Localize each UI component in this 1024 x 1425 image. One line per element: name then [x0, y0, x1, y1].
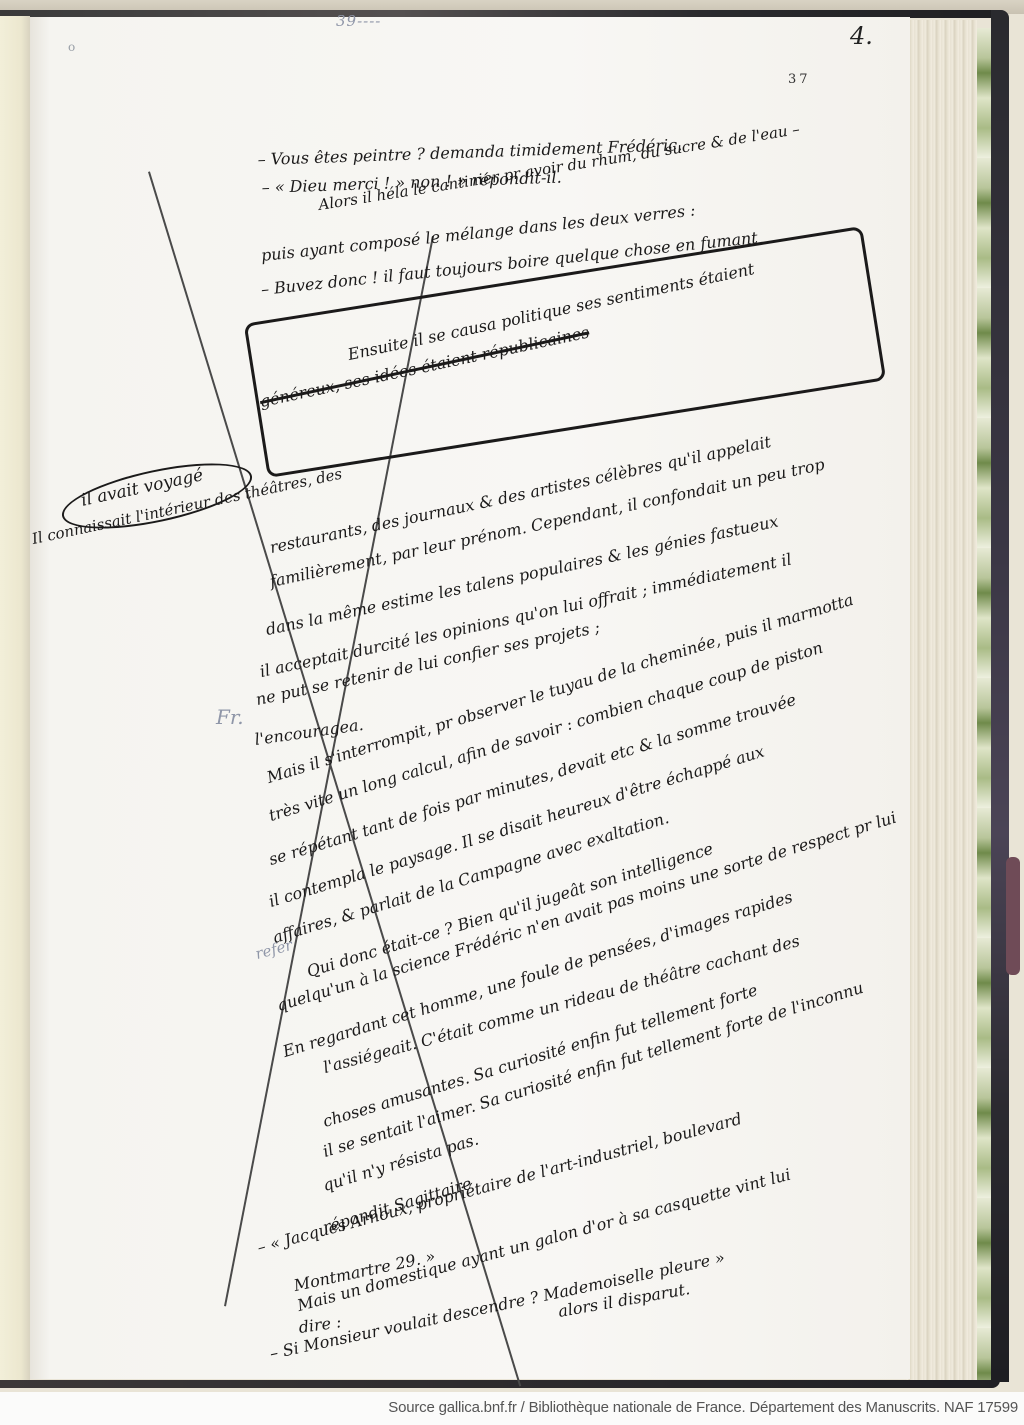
- bookmark-ribbon: [1006, 857, 1020, 975]
- pencil-mark: o: [68, 40, 75, 54]
- marbled-endpaper: [977, 28, 991, 1382]
- pencil-folio-number: 39----: [336, 12, 381, 30]
- printed-page-number: 37: [788, 72, 811, 87]
- manuscript-scan: o 39---- 4. 37 il avait voyagé Il connai…: [0, 0, 1024, 1392]
- source-credit: Source gallica.bnf.fr / Bibliothèque nat…: [388, 1399, 1018, 1416]
- page-stack-edge: [905, 20, 977, 1382]
- left-page-edge: [0, 16, 30, 1381]
- pencil-margin-note: Fr.: [216, 705, 244, 729]
- ink-folio-number: 4.: [850, 22, 873, 50]
- binding-right: [991, 10, 1009, 1382]
- binding-bottom: [0, 1380, 1000, 1388]
